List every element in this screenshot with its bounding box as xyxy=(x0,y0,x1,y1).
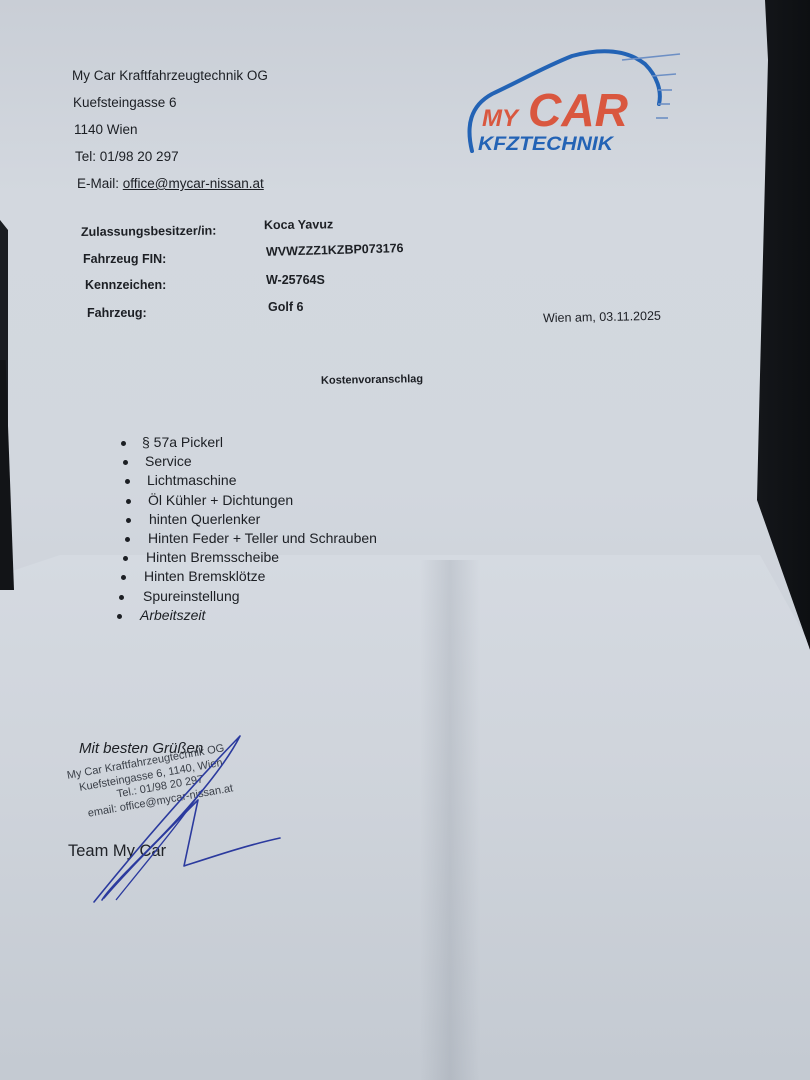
bullet-icon xyxy=(121,575,126,580)
document-content: My Car Kraftfahrzeugtechnik OG Kuefstein… xyxy=(0,0,810,1080)
vin-value: WVWZZZ1KZBP073176 xyxy=(266,241,404,259)
bullet-icon xyxy=(126,499,131,504)
company-address-block: My Car Kraftfahrzeugtechnik OG Kuefstein… xyxy=(72,62,268,197)
company-city: 1140 Wien xyxy=(74,116,268,143)
bullet-icon xyxy=(123,460,128,465)
vin-label: Fahrzeug FIN: xyxy=(83,252,166,266)
email-link[interactable]: office@mycar-nissan.at xyxy=(123,176,264,191)
company-logo: MY CAR KFZTECHNIK xyxy=(462,46,692,161)
vehicle-value: Golf 6 xyxy=(268,300,303,314)
email-label: E-Mail: xyxy=(77,176,123,191)
plate-value: W-25764S xyxy=(266,273,325,287)
bullet-icon xyxy=(125,537,130,542)
logo-text-my: MY xyxy=(482,105,520,132)
bullet-icon xyxy=(123,556,128,561)
speed-lines-icon xyxy=(622,54,680,118)
document-date: Wien am, 03.11.2025 xyxy=(543,309,661,325)
logo-text-kfztechnik: KFZTECHNIK xyxy=(478,134,614,155)
vehicle-label: Fahrzeug: xyxy=(87,306,147,320)
company-name: My Car Kraftfahrzeugtechnik OG xyxy=(72,62,268,89)
bullet-icon xyxy=(126,518,131,523)
bullet-icon xyxy=(117,614,122,619)
document-title: Kostenvoranschlag xyxy=(321,373,423,387)
bullet-icon xyxy=(125,479,130,484)
bullet-icon xyxy=(121,441,126,446)
company-street: Kuefsteingasse 6 xyxy=(73,89,268,116)
plate-label: Kennzeichen: xyxy=(85,278,166,292)
handwritten-signature xyxy=(88,730,288,910)
company-email-line: E-Mail: office@mycar-nissan.at xyxy=(77,170,268,197)
bullet-icon xyxy=(119,595,124,600)
logo-text-car: CAR xyxy=(528,84,628,136)
owner-label: Zulassungsbesitzer/in: xyxy=(81,224,217,239)
company-phone: Tel: 01/98 20 297 xyxy=(75,143,268,170)
owner-value: Koca Yavuz xyxy=(264,217,333,232)
